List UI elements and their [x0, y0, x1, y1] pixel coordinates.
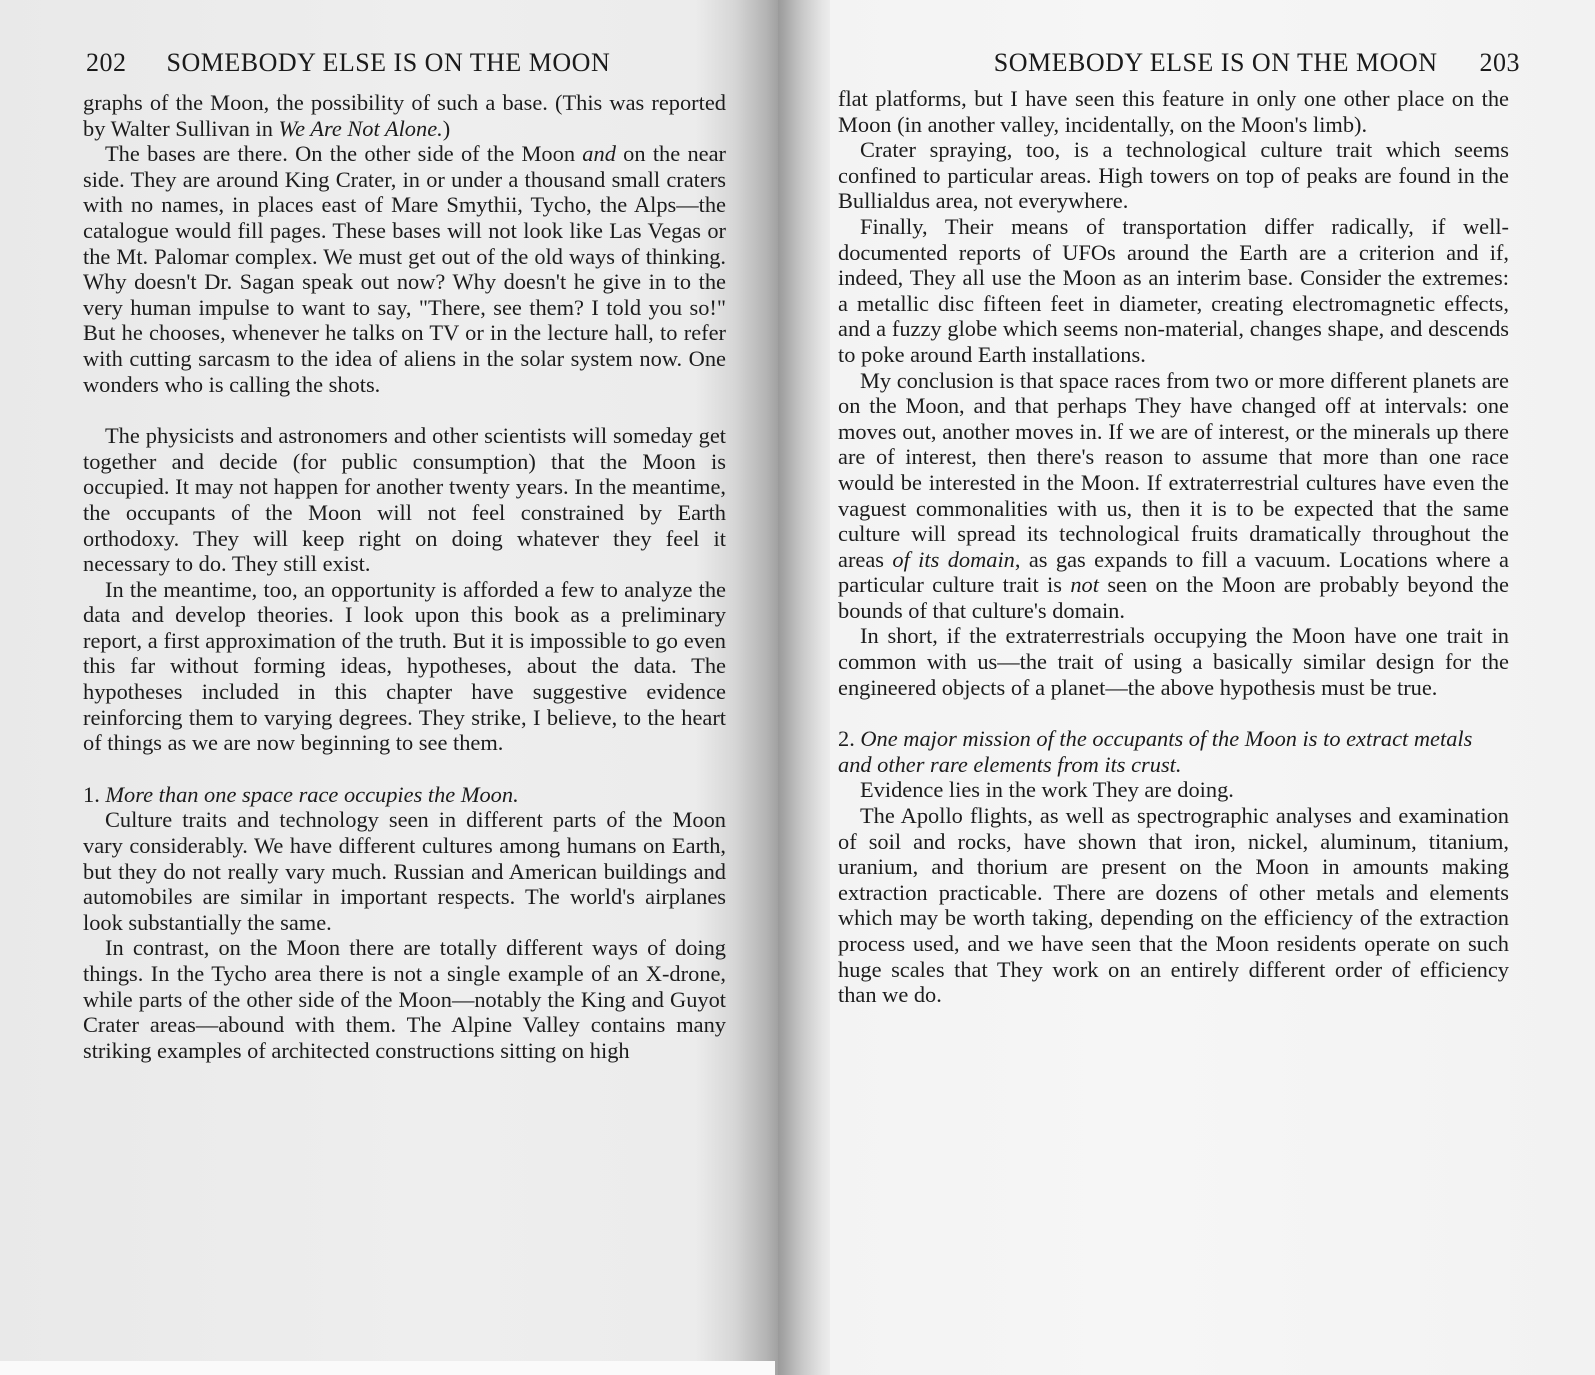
- text-run: In the meantime, too, an opportunity is …: [83, 577, 726, 756]
- running-title: SOMEBODY ELSE IS ON THE MOON: [994, 48, 1438, 77]
- paragraph: flat platforms, but I have seen this fea…: [838, 86, 1509, 137]
- scan-edge: [0, 1361, 775, 1375]
- page-body-left: graphs of the Moon, the possibility of s…: [83, 90, 726, 1063]
- section-heading: 2. One major mission of the occupants of…: [838, 726, 1509, 777]
- paragraph: Evidence lies in the work They are doing…: [838, 777, 1509, 803]
- text-run: My conclusion is that space races from t…: [838, 368, 1509, 572]
- running-title: SOMEBODY ELSE IS ON THE MOON: [167, 48, 611, 77]
- italic-text: of its domain: [892, 547, 1015, 572]
- page-number: 202: [86, 48, 127, 77]
- text-run: ): [443, 116, 450, 141]
- book-spread: 202SOMEBODY ELSE IS ON THE MOON graphs o…: [0, 0, 1595, 1375]
- text-run: Evidence lies in the work They are doing…: [860, 777, 1234, 802]
- left-page: 202SOMEBODY ELSE IS ON THE MOON graphs o…: [0, 0, 790, 1375]
- paragraph: In the meantime, too, an opportunity is …: [83, 577, 726, 756]
- text-run: flat platforms, but I have seen this fea…: [838, 86, 1509, 137]
- paragraph: Crater spraying, too, is a technological…: [838, 137, 1509, 214]
- right-page: SOMEBODY ELSE IS ON THE MOON203 flat pla…: [830, 0, 1595, 1375]
- page-body-right: flat platforms, but I have seen this fea…: [838, 86, 1509, 1008]
- paragraph: In contrast, on the Moon there are total…: [83, 935, 726, 1063]
- paragraph: Culture traits and technology seen in di…: [83, 807, 726, 935]
- section-title: More than one space race occupies the Mo…: [105, 782, 518, 807]
- italic-text: not: [1070, 572, 1099, 597]
- section-number: 1.: [83, 782, 105, 807]
- paragraph: The bases are there. On the other side o…: [83, 141, 726, 397]
- paragraph: Finally, Their means of transportation d…: [838, 214, 1509, 368]
- text-run: Culture traits and technology seen in di…: [83, 807, 726, 934]
- paragraph: My conclusion is that space races from t…: [838, 368, 1509, 624]
- text-run: on the near side. They are around King C…: [83, 141, 726, 396]
- text-run: The physicists and astronomers and other…: [83, 423, 726, 576]
- text-run: In contrast, on the Moon there are total…: [83, 935, 726, 1062]
- section-title: One major mission of the occupants of th…: [838, 726, 1472, 777]
- text-run: In short, if the extraterrestrials occup…: [838, 623, 1509, 699]
- text-run: Crater spraying, too, is a technological…: [838, 137, 1509, 213]
- section-heading: 1. More than one space race occupies the…: [83, 782, 726, 808]
- book-gutter: [778, 0, 838, 1375]
- italic-text: We Are Not Alone.: [279, 116, 443, 141]
- running-head-right: SOMEBODY ELSE IS ON THE MOON203: [994, 48, 1520, 78]
- italic-text: and: [582, 141, 616, 166]
- paragraph: In short, if the extraterrestrials occup…: [838, 623, 1509, 700]
- text-run: The bases are there. On the other side o…: [105, 141, 582, 166]
- paragraph: The Apollo flights, as well as spectrogr…: [838, 803, 1509, 1008]
- text-run: Finally, Their means of transportation d…: [838, 214, 1509, 367]
- paragraph: graphs of the Moon, the possibility of s…: [83, 90, 726, 141]
- page-number: 203: [1480, 48, 1521, 77]
- section-number: 2.: [838, 726, 860, 751]
- paragraph: The physicists and astronomers and other…: [83, 423, 726, 577]
- running-head-left: 202SOMEBODY ELSE IS ON THE MOON: [86, 48, 610, 78]
- text-run: The Apollo flights, as well as spectrogr…: [838, 803, 1509, 1007]
